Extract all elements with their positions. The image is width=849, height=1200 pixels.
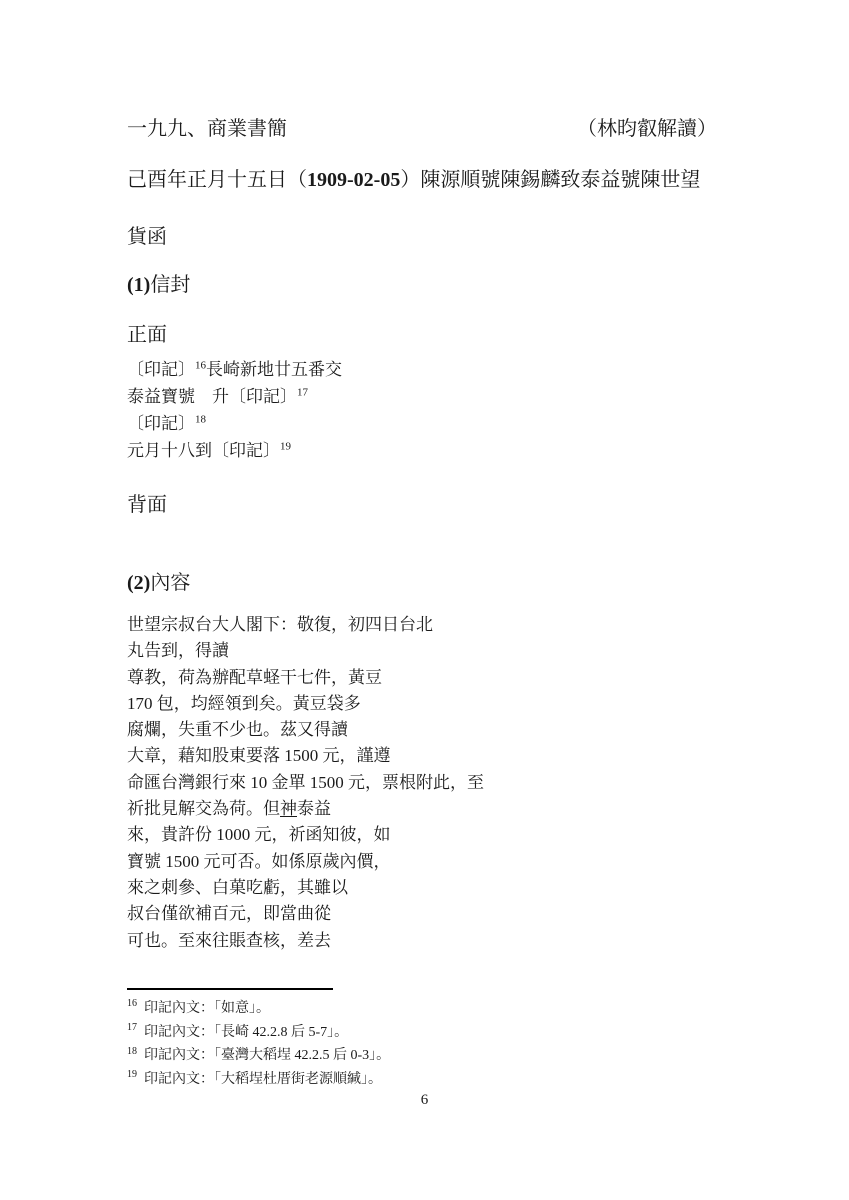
- letter-line-post: 泰益: [297, 799, 331, 818]
- document-header: 一九九、商業書簡 （林昀叡解讀）: [127, 112, 717, 141]
- footnote-ref: 18: [195, 413, 206, 425]
- envelope-line: 泰益寶號 升〔印記〕17: [127, 383, 342, 410]
- letter-line: 來之刺參、白菓吃虧，其雖以: [127, 875, 484, 901]
- document-page: 一九九、商業書簡 （林昀叡解讀） 己酉年正月十五日（1909-02-05）陳源順…: [0, 0, 849, 1200]
- footnote-divider: [127, 988, 333, 990]
- footnote-number: 16: [127, 998, 137, 1009]
- heading-envelope-label: 信封: [150, 274, 190, 296]
- envelope-front-transcription: 〔印記〕16長崎新地廿五番交 泰益寶號 升〔印記〕17 〔印記〕18 元月十八到…: [127, 356, 342, 464]
- footnote-number: 18: [127, 1046, 137, 1057]
- arrival-note: 元月十八到〔印記〕: [127, 441, 280, 460]
- envelope-line: 元月十八到〔印記〕19: [127, 437, 342, 464]
- letter-line: 寶號 1500 元可否。如係原歲內價，: [127, 849, 484, 875]
- heading-back: 背面: [127, 488, 167, 517]
- letter-line-pre: 祈批見解交為荷。但: [127, 799, 280, 818]
- envelope-line: 〔印記〕18: [127, 410, 342, 437]
- subject-parties: ）陳源順號陳錫麟致泰益號陳世望: [400, 169, 700, 191]
- footnote-number: 19: [127, 1069, 137, 1080]
- heading-content-number: (2): [127, 572, 150, 594]
- heading-content: (2)內容: [127, 566, 190, 595]
- letter-line: 170 包，均經領到矣。黃豆袋多: [127, 691, 484, 717]
- envelope-line: 〔印記〕16長崎新地廿五番交: [127, 356, 342, 383]
- footnote-ref: 17: [297, 386, 308, 398]
- letter-line: 可也。至來往賬查核，差去: [127, 928, 484, 954]
- heading-content-label: 內容: [150, 572, 190, 594]
- heading-letter-type: 貨函: [127, 220, 167, 249]
- footnote: 17印記內文：「長崎 42.2.8 后 5-7」。: [127, 1021, 390, 1045]
- seal-mark: 〔印記〕: [127, 414, 195, 433]
- letter-line: 叔台僅欲補百元，即當曲從: [127, 901, 484, 927]
- letter-line: 大章，藉知股東要落 1500 元，謹遵: [127, 743, 484, 769]
- heading-front: 正面: [127, 318, 167, 347]
- letter-line: 丸告到，得讀: [127, 638, 484, 664]
- footnote: 18印記內文：「臺灣大稻埕 42.2.5 后 0-3」。: [127, 1044, 390, 1068]
- subject-date-western: 1909-02-05: [307, 169, 400, 191]
- letter-line: 世望宗叔台大人閣下：敬復，初四日台北: [127, 612, 484, 638]
- page-title: 一九九、商業書簡: [127, 112, 287, 141]
- envelope-recipient: 泰益寶號 升〔印記〕: [127, 387, 297, 406]
- page-number: 6: [0, 1092, 849, 1109]
- seal-mark: 〔印記〕: [127, 360, 195, 379]
- footnotes: 16印記內文：「如意」。 17印記內文：「長崎 42.2.8 后 5-7」。 1…: [127, 997, 390, 1091]
- footnote-text: 印記內文：「臺灣大稻埕 42.2.5 后 0-3」。: [144, 1048, 390, 1063]
- footnote-text: 印記內文：「長崎 42.2.8 后 5-7」。: [144, 1025, 348, 1040]
- subject-line: 己酉年正月十五日（1909-02-05）陳源順號陳錫麟致泰益號陳世望: [127, 163, 767, 192]
- subject-date-cjk: 己酉年正月十五日（: [127, 169, 307, 191]
- envelope-address: 長崎新地廿五番交: [206, 360, 342, 379]
- footnote-text: 印記內文：「如意」。: [144, 1001, 270, 1016]
- annotator-credit: （林昀叡解讀）: [577, 112, 717, 141]
- footnote-ref: 16: [195, 359, 206, 371]
- footnote-text: 印記內文：「大稻埕杜厝街老源順緘」。: [144, 1072, 382, 1087]
- heading-envelope: (1)信封: [127, 268, 190, 297]
- letter-line: 來，貴許份 1000 元，祈函知彼，如: [127, 822, 484, 848]
- footnote-ref: 19: [280, 440, 291, 452]
- letter-line-marked: 祈批見解交為荷。但神泰益: [127, 796, 484, 822]
- letter-line: 尊教，荷為辦配草蛏干七件，黃豆: [127, 665, 484, 691]
- letter-line: 命匯台灣銀行來 10 金單 1500 元，票根附此，至: [127, 770, 484, 796]
- underlined-character: 神: [280, 799, 297, 818]
- letter-line: 腐爛，失重不少也。茲又得讀: [127, 717, 484, 743]
- footnote: 16印記內文：「如意」。: [127, 997, 390, 1021]
- letter-body: 世望宗叔台大人閣下：敬復，初四日台北 丸告到，得讀 尊教，荷為辦配草蛏干七件，黃…: [127, 612, 484, 954]
- footnote: 19印記內文：「大稻埕杜厝街老源順緘」。: [127, 1068, 390, 1092]
- heading-envelope-number: (1): [127, 274, 150, 296]
- footnote-number: 17: [127, 1022, 137, 1033]
